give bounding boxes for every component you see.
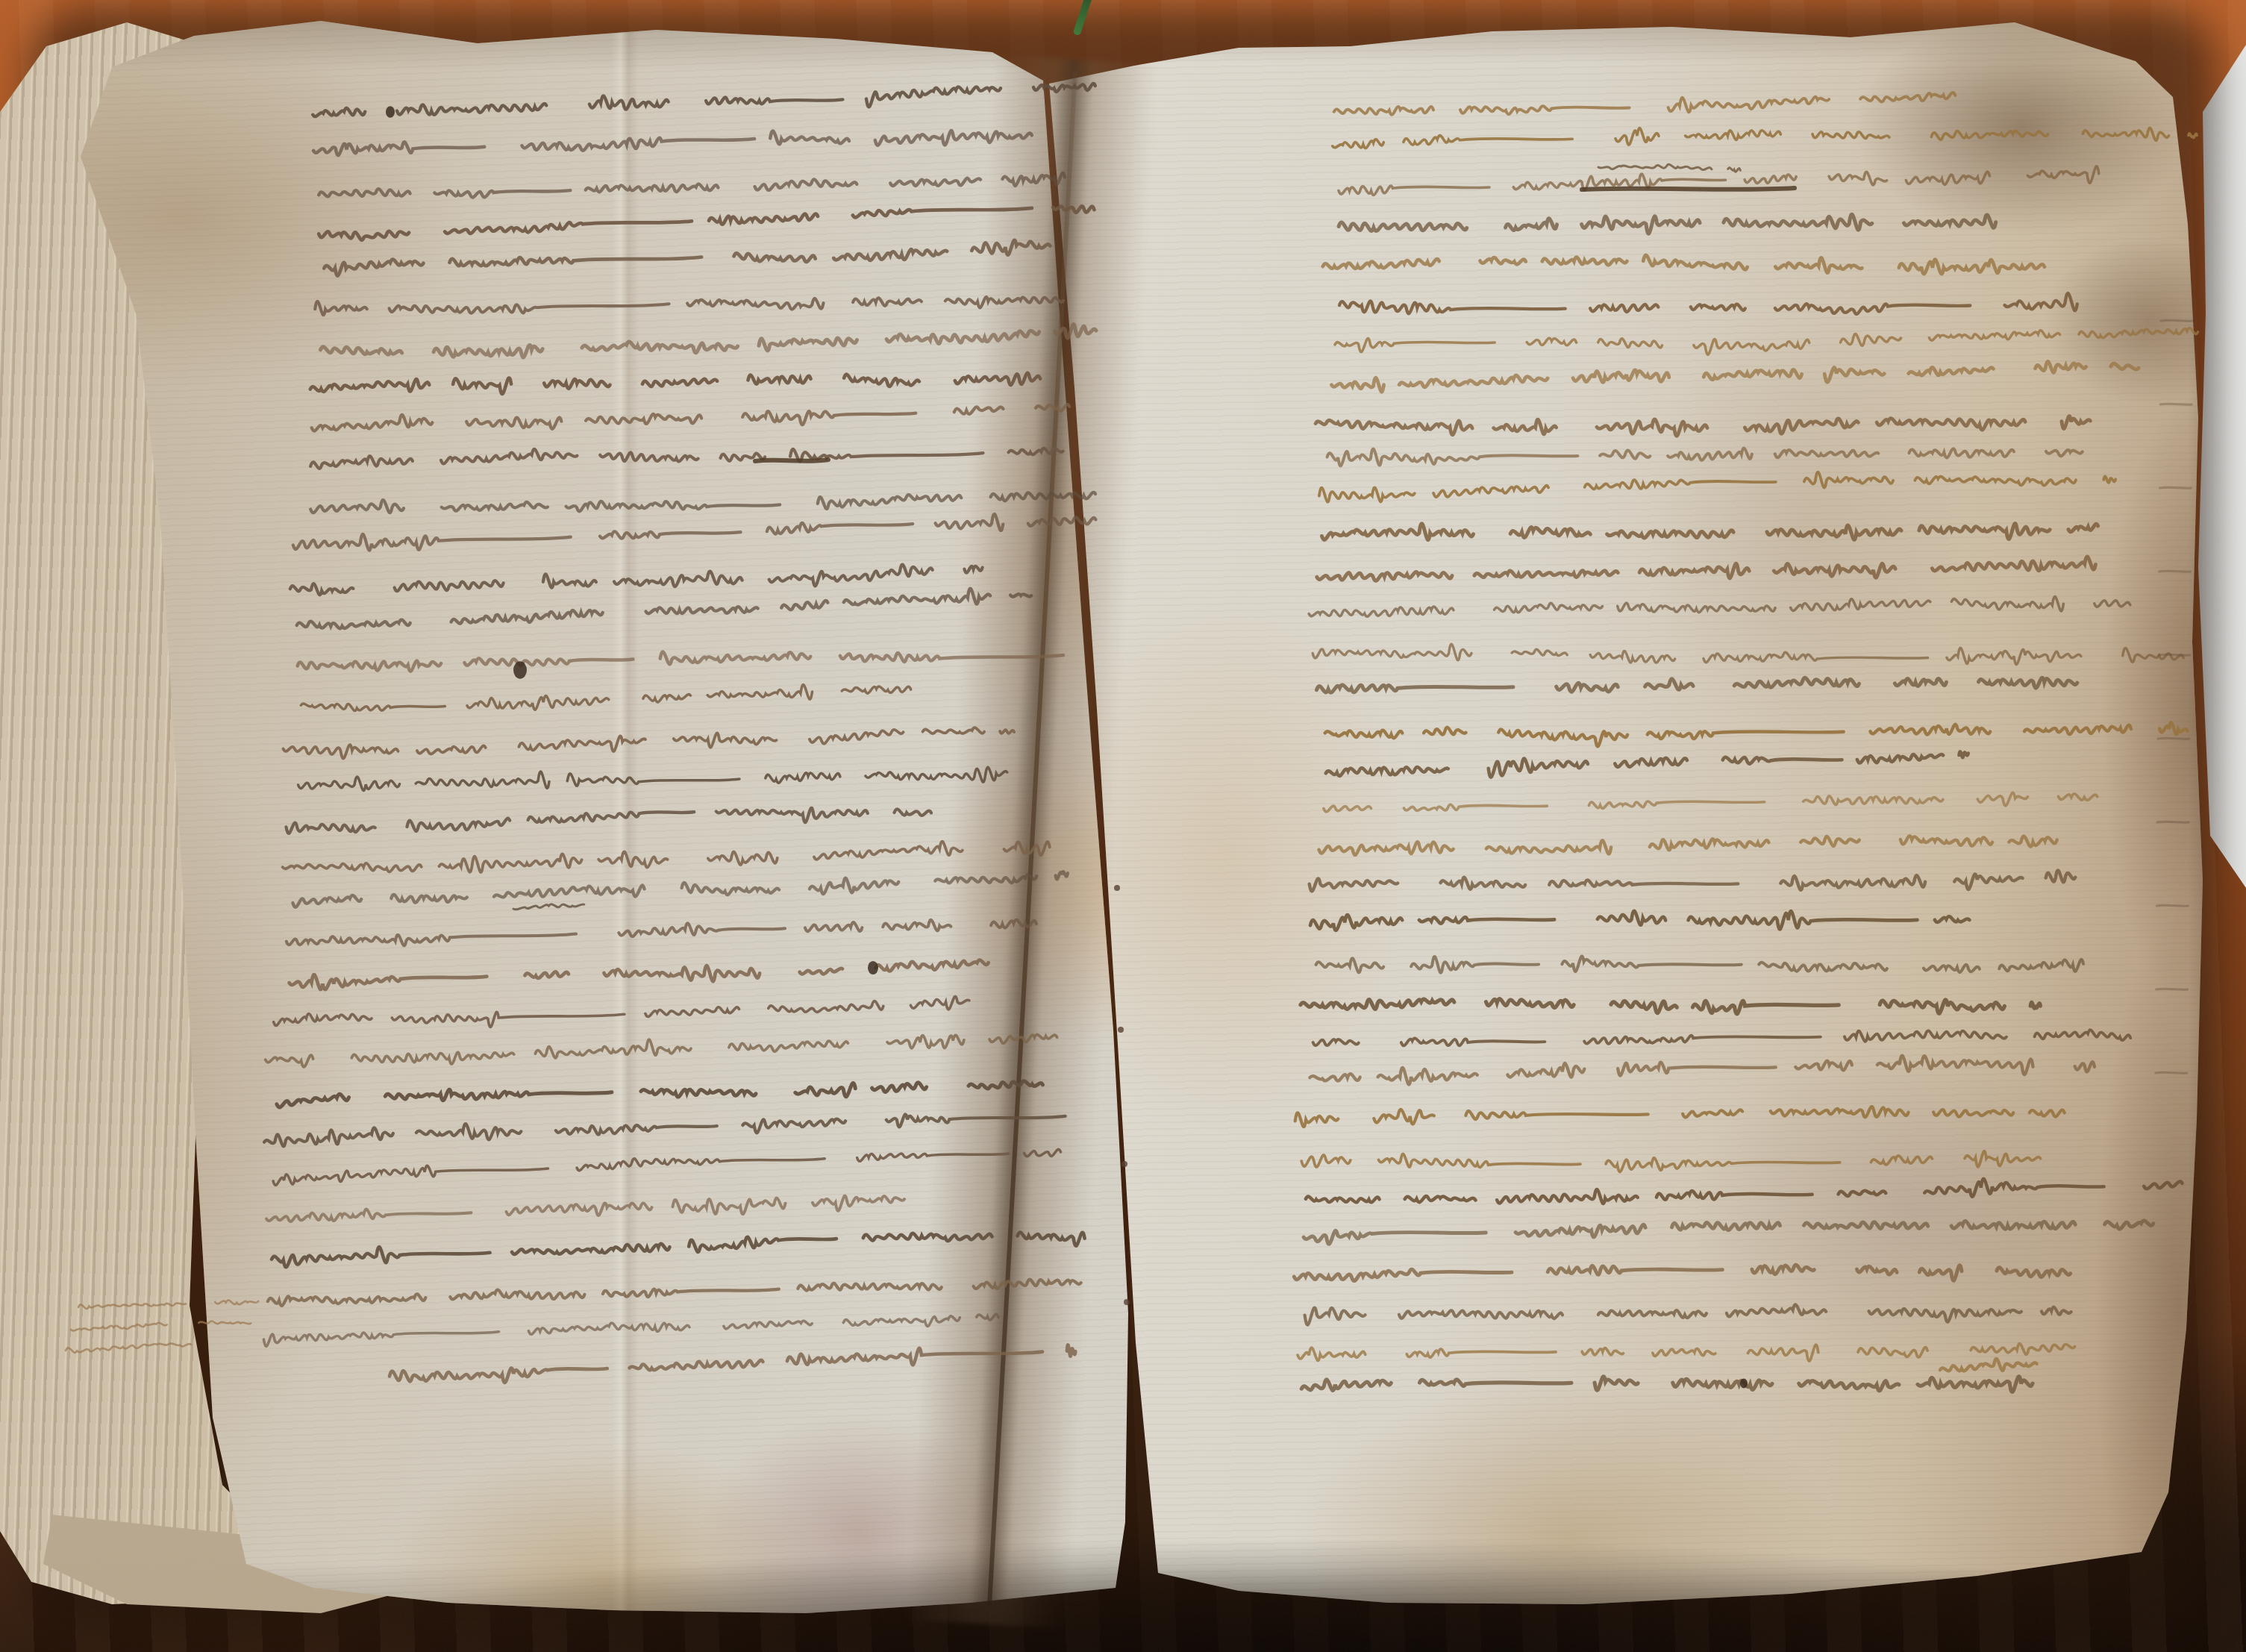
manuscript-photo [0,0,2246,1652]
